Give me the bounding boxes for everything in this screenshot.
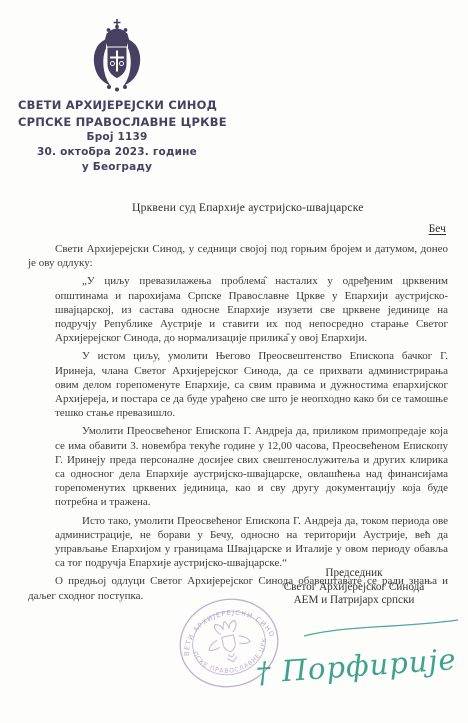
signature-text: † Порфирије <box>255 642 458 690</box>
recipient-city: Беч <box>429 222 446 235</box>
decision-paragraph-3: Умолити Преосвећеног Епископа Г. Андреја… <box>55 424 448 509</box>
signature-block: Председник Светог Архијерејског Синода А… <box>252 567 456 608</box>
org-name-line1: СВЕТИ АРХИЈЕРЕЈСКИ СИНОД <box>18 97 216 114</box>
decision-paragraph-1: „У циљу превазилажења проблема̂ насталих… <box>55 274 448 345</box>
patriarch-signature: † Порфирије <box>252 608 462 698</box>
signer-title: Председник <box>252 567 456 581</box>
letter-page: СВЕТИ АРХИЈЕРЕЈСКИ СИНОД СРПСКЕ ПРАВОСЛА… <box>0 0 468 723</box>
stamp-eagle-icon <box>204 617 254 666</box>
letterhead: СВЕТИ АРХИЈЕРЕЈСКИ СИНОД СРПСКЕ ПРАВОСЛА… <box>18 18 216 175</box>
signer-org: Светог Архијерејског Синода <box>252 581 456 595</box>
letter-date: 30. октобра 2023. године <box>18 145 216 160</box>
decision-paragraph-2: У истом циљу, умолити Његово Преосвештен… <box>55 349 448 420</box>
decision-paragraph-4: Исто тако, умолити Преосвећеног Епископа… <box>55 514 448 571</box>
intro-paragraph: Свети Архијерејски Синод, у седници свој… <box>28 242 448 270</box>
decision-block: „У циљу превазилажења проблема̂ насталих… <box>55 274 448 570</box>
recipient-name: Црквени суд Епархије аустријско-швајцарс… <box>132 201 364 214</box>
signature-flourish <box>304 620 458 636</box>
signer-rank: АЕМ и Патријарх српски <box>252 594 456 608</box>
org-name-line2: СРПСКЕ ПРАВОСЛАВНЕ ЦРКВЕ <box>18 114 216 131</box>
letter-body: Свети Архијерејски Синод, у седници свој… <box>28 242 448 607</box>
protocol-number: Број 1139 <box>18 130 216 145</box>
church-coat-of-arms-icon <box>88 18 146 94</box>
letter-place: у Београду <box>18 160 216 175</box>
